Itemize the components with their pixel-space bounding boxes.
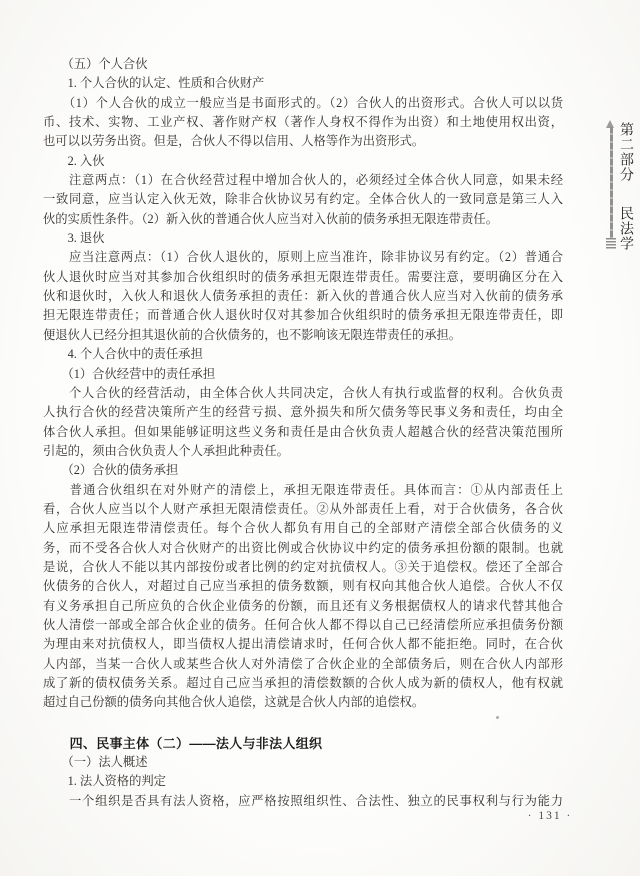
text-line: 注意两点：（1）在合伙经营过程中增加合伙人的，必须经过全体合伙人同意，如果未经 [43, 171, 563, 190]
section-heading: 四、民事主体（二）——法人与非法人组织 [43, 734, 563, 753]
scan-speck [496, 716, 499, 719]
text-line: 币、技术、实物、工业产权、著作财产权（著作人身权不得作为出资）和土地使用权出资， [43, 113, 563, 132]
text-line: （五）个人合伙 [43, 55, 563, 74]
text-line: 超过自己份额的债务向其他合伙人追偿，这就是合伙人内部的追偿权。 [43, 693, 563, 712]
part-label: 第二部分 [618, 122, 633, 182]
body-text: （五）个人合伙 1. 个人合伙的认定、性质和合伙财产 （1）个人合伙的成立一般应… [43, 55, 563, 811]
text-line: 一致同意，应当认定入伙无效，除非合伙协议另有约定。全体合伙人的一致同意是第三人入 [43, 190, 563, 209]
text-line: 人执行合伙的经营决策所产生的经营亏损、意外损失和所欠债务等民事义务和责任，均由全 [43, 403, 563, 422]
text-line: 成了新的债权债务关系。超过自己应当承担的清偿数额的合伙人成为新的债权人，他有权就 [43, 674, 563, 693]
text-line: 伙的实质性条件。（2）新入伙的普通合伙人应当对入伙前的债务承担无限连带责任。 [43, 210, 563, 229]
text-line: 伙人清偿一部或全部合伙企业的债务。任何合伙人都不得以自己已经清偿所应承担债务份额 [43, 616, 563, 635]
text-line: 引起的，须由合伙负责人个人承担此种责任。 [43, 442, 563, 461]
text-line: 伙人退伙时应当对其参加合伙组织时的债务承担无限连带责任。需要注意，要明确区分在入 [43, 268, 563, 287]
text-line: （一）法人概述 [43, 753, 563, 772]
text-line: 一个组织是否具有法人资格，应严格按照组织性、合法性、独立的民事权利与行为能力 [43, 792, 563, 811]
text-line: 人应承担无限连带清偿责任。每个合伙人都负有用自己的全部财产清偿全部合伙债务的义 [43, 519, 563, 538]
page-number: · 131 · [500, 810, 600, 822]
text-line: 担无限连带责任；而普通合伙人退伙时仅对其参加合伙组织时的债务承担无限连带责任，即 [43, 306, 563, 325]
text-line: 1. 个人合伙的认定、性质和合伙财产 [43, 74, 563, 93]
text-line: 人内部，当某一合伙人或某些合伙人对外清偿了合伙企业的全部债务后，则在合伙人内部形 [43, 655, 563, 674]
text-line: 普通合伙组织在对外财产的清偿上，承担无限连带责任。具体而言：①从内部责任上 [43, 481, 563, 500]
text-line: 3. 退伙 [43, 229, 563, 248]
text-line: （1）合伙经营中的责任承担 [43, 365, 563, 384]
text-line: 务，而不受各合伙人对合伙财产的出资比例或合伙协议中约定的债务承担份额的限制。也就 [43, 539, 563, 558]
text-line: 4. 个人合伙中的责任承担 [43, 345, 563, 364]
text-line: 看，合伙人应当以个人财产承担无限清偿责任。②从外部责任上看，对于合伙债务，各合伙 [43, 500, 563, 519]
edge-tab: 第二部分 民法学 [615, 122, 635, 257]
text-line: 2. 入伙 [43, 152, 563, 171]
text-line: 体合伙人承担。但如果能够证明这些义务和责任是由合伙负责人超越合伙的经营决策范围所 [43, 423, 563, 442]
text-line: 也可以以劳务出资。但是，合伙人不得以信用、人格等作为出资形式。 [43, 132, 563, 151]
text-line: 个人合伙的经营活动，由全体合伙人共同决定，合伙人有执行或监督的权利。合伙负责 [43, 384, 563, 403]
edge-tab-arrow-shaft [610, 127, 613, 239]
text-line: 有义务承担自己所应负的合伙企业债务的份额，而且还有义务根据债权人的请求代替其他合 [43, 597, 563, 616]
subject-label: 民法学 [615, 206, 635, 251]
text-line: 便退伙人已经分担其退伙前的合伙债务的，也不影响该无限连带责任的承担。 [43, 326, 563, 345]
text-line: （1）个人合伙的成立一般应当是书面形式的。（2）合伙人的出资形式。合伙人可以以货 [43, 94, 563, 113]
text-line: 应当注意两点：（1）合伙人退伙的，原则上应当准许，除非协议另有约定。（2）普通合 [43, 248, 563, 267]
text-line: 1. 法人资格的判定 [43, 772, 563, 791]
book-page: （五）个人合伙 1. 个人合伙的认定、性质和合伙财产 （1）个人合伙的成立一般应… [0, 0, 640, 876]
text-line: 为理由来对抗债权人，即当债权人提出清偿请求时，任何合伙人都不能拒绝。同时，在合伙 [43, 635, 563, 654]
text-line: （2）合伙的债务承担 [43, 461, 563, 480]
text-line: 伙债务的合伙人，对超过自己应当承担的债务数额，则有权向其他合伙人追偿。合伙人不仅 [43, 577, 563, 596]
text-line: 是说，合伙人不能以其内部按份或者比例的约定对抗债权人。③关于追偿权。偿还了全部合 [43, 558, 563, 577]
text-line: 伙和退伙时，入伙人和退伙人债务承担的责任：新入伙的普通合伙人应当对入伙前的债务承 [43, 287, 563, 306]
